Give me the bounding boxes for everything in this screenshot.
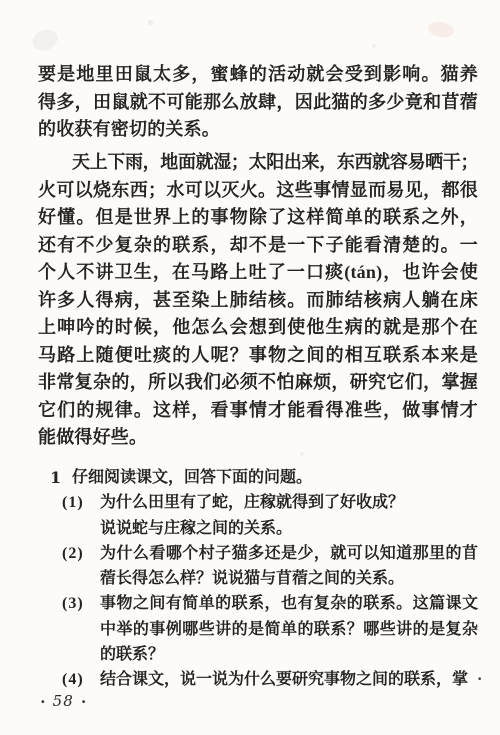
exercises-section: 1 仔细阅读课文，回答下面的问题。 (1) 为什么田里有了蛇，庄稼就得到了好收成… [50,465,478,693]
exercise-heading: 1 仔细阅读课文，回答下面的问题。 [50,465,478,490]
text-line: 许多人得病，甚至染上肺结核。而肺结核病人躺在床 [38,287,478,315]
text-line: 马路上随便吐痰的人呢？事物之间的相互联系本来是 [38,342,478,370]
question-text-line: 为什么田里有了蛇，庄稼就得到了好收成？ [100,490,478,515]
exercise-instruction: 仔细阅读课文，回答下面的问题。 [72,465,312,490]
paper-smudge [29,25,61,54]
question-text-line: 为什么看哪个村子猫多还是少，就可以知道那里的苜 [100,541,478,566]
paper-speck [148,20,153,25]
text-line: 火可以烧东西；水可以灭火。这些事情显而易见，都很 [38,177,478,205]
text-line: 要是地里田鼠太多，蜜蜂的活动就会受到影响。猫养 [38,61,478,89]
question-label: (3) [62,591,100,667]
question-label: (2) [62,541,100,592]
paragraph-1: 要是地里田鼠太多，蜜蜂的活动就会受到影响。猫养 得多，田鼠就不可能那么放肆，因此… [38,61,478,144]
question-label: (4) [62,667,100,692]
text-line: 上呻吟的时候，他怎么会想到使他生病的就是那个在 [38,314,478,342]
question-text-line: 蓿长得怎么样？说说猫与苜蓿之间的关系。 [100,566,478,591]
page-number: · 58 · [40,692,86,710]
book-page: 要是地里田鼠太多，蜜蜂的活动就会受到影响。猫养 得多，田鼠就不可能那么放肆，因此… [0,0,500,735]
text-line: 它们的规律。这样，看事情才能看得准些，做事情才 [38,397,478,425]
lesson-text: 要是地里田鼠太多，蜜蜂的活动就会受到影响。猫养 得多，田鼠就不可能那么放肆，因此… [38,61,478,452]
page-number-dot: · [40,694,46,709]
question-label: (1) [62,490,100,541]
print-dot: · [477,667,482,692]
question-item-3: (3) 事物之间有简单的联系，也有复杂的联系。这篇课文 中举的事例哪些讲的是简单… [62,591,478,667]
text-line: 能做得好些。 [38,424,478,452]
text-line: 天上下雨，地面就湿；太阳出来，东西就容易晒干； [38,149,478,177]
question-item-1: (1) 为什么田里有了蛇，庄稼就得到了好收成？ 说说蛇与庄稼之间的关系。 [62,490,478,541]
question-text-line: 的联系？ [100,642,478,667]
page-number-dot: · [81,694,87,709]
text-line: 还有不少复杂的联系，却不是一下子能看清楚的。一 [38,232,478,260]
question-text-line: 结合课文，说一说为什么要研究事物之间的联系，掌· [100,667,478,692]
paper-speck [372,44,376,48]
paper-speck [300,452,304,456]
text-line: 的收获有密切的关系。 [38,116,478,144]
text-line: 个人不讲卫生，在马路上吐了一口痰(tán)，也许会使 [38,259,478,287]
text-line: 得多，田鼠就不可能那么放肆，因此猫的多少竟和苜蓿 [38,89,478,117]
paragraph-2: 天上下雨，地面就湿；太阳出来，东西就容易晒干； 火可以烧东西；水可以灭火。这些事… [38,149,478,452]
exercise-number: 1 [50,465,72,490]
question-item-2: (2) 为什么看哪个村子猫多还是少，就可以知道那里的苜 蓿长得怎么样？说说猫与苜… [62,541,478,592]
question-text-line: 中举的事例哪些讲的是简单的联系？哪些讲的是复杂 [100,617,478,642]
question-text-line: 说说蛇与庄稼之间的关系。 [100,516,478,541]
question-text-line: 事物之间有简单的联系，也有复杂的联系。这篇课文 [100,591,478,616]
question-item-4: (4) 结合课文，说一说为什么要研究事物之间的联系，掌· [62,667,478,692]
text-line: 非常复杂的，所以我们必须不怕麻烦，研究它们，掌握 [38,369,478,397]
text-line: 好懂。但是世界上的事物除了这样简单的联系之外， [38,204,478,232]
page-number-value: 58 [53,692,74,710]
paper-smudge [427,20,455,39]
